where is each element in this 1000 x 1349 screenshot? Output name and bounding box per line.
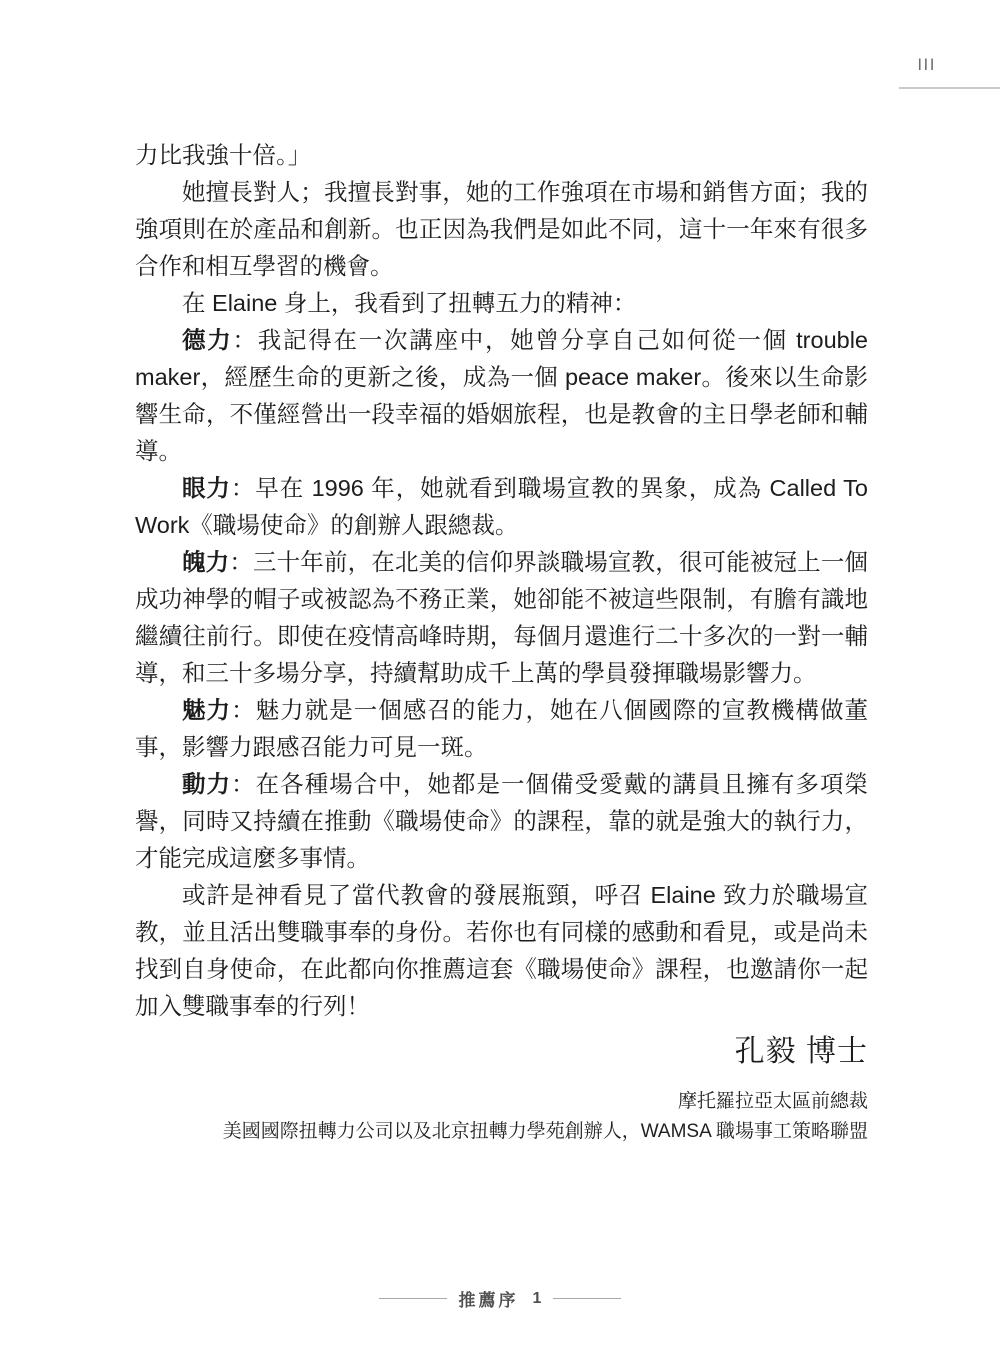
paragraph: 德力：我記得在一次講座中，她曾分享自己如何從一個 trouble maker，經… [135, 322, 868, 470]
footer-section-label: 推薦序 [459, 1286, 519, 1311]
page-number-roman: III [917, 55, 936, 75]
paragraph: 魄力：三十年前，在北美的信仰界談職場宣教，很可能被冠上一個成功神學的帽子或被認為… [135, 544, 868, 692]
footer-rule-left [379, 1298, 447, 1299]
header-rule [899, 87, 1000, 89]
paragraph: 魅力：魅力就是一個感召的能力，她在八個國際的宣教機構做董事，影響力跟感召能力可見… [135, 692, 868, 766]
paragraph: 她擅長對人；我擅長對事，她的工作強項在市場和銷售方面；我的強項則在於產品和創新。… [135, 174, 868, 285]
paragraph: 或許是神看見了當代教會的發展瓶頸，呼召 Elaine 致力於職場宣教，並且活出雙… [135, 877, 868, 1025]
signature-block: 孔毅 博士 摩托羅拉亞太區前總裁 美國國際扭轉力公司以及北京扭轉力學苑創辦人，W… [223, 1032, 868, 1147]
author-title-1: 摩托羅拉亞太區前總裁 [223, 1087, 868, 1117]
paragraph-lead: 魄力 [182, 549, 229, 575]
page-footer: 推薦序 1 [0, 1286, 1000, 1311]
author-title-2: 美國國際扭轉力公司以及北京扭轉力學苑創辦人，WAMSA 職場事工策略聯盟 [223, 1117, 868, 1147]
footer-page-number: 1 [533, 1290, 542, 1308]
footer-rule-right [553, 1298, 621, 1299]
paragraph-lead: 動力 [182, 771, 231, 797]
paragraph-lead: 魅力 [182, 697, 231, 723]
paragraph: 動力：在各種場合中，她都是一個備受愛戴的講員且擁有多項榮譽，同時又持續在推動《職… [135, 766, 868, 877]
paragraph-lead: 德力 [182, 327, 233, 353]
paragraph: 力比我強十倍。」 [135, 137, 868, 174]
paragraph: 在 Elaine 身上，我看到了扭轉五力的精神： [135, 285, 868, 322]
author-name: 孔毅 博士 [223, 1032, 868, 1072]
preface-body-text: 力比我強十倍。」她擅長對人；我擅長對事，她的工作強項在市場和銷售方面；我的強項則… [135, 137, 868, 1025]
paragraph-lead: 眼力 [182, 475, 231, 501]
paragraph: 眼力：早在 1996 年，她就看到職場宣教的異象，成為 Called To Wo… [135, 470, 868, 544]
